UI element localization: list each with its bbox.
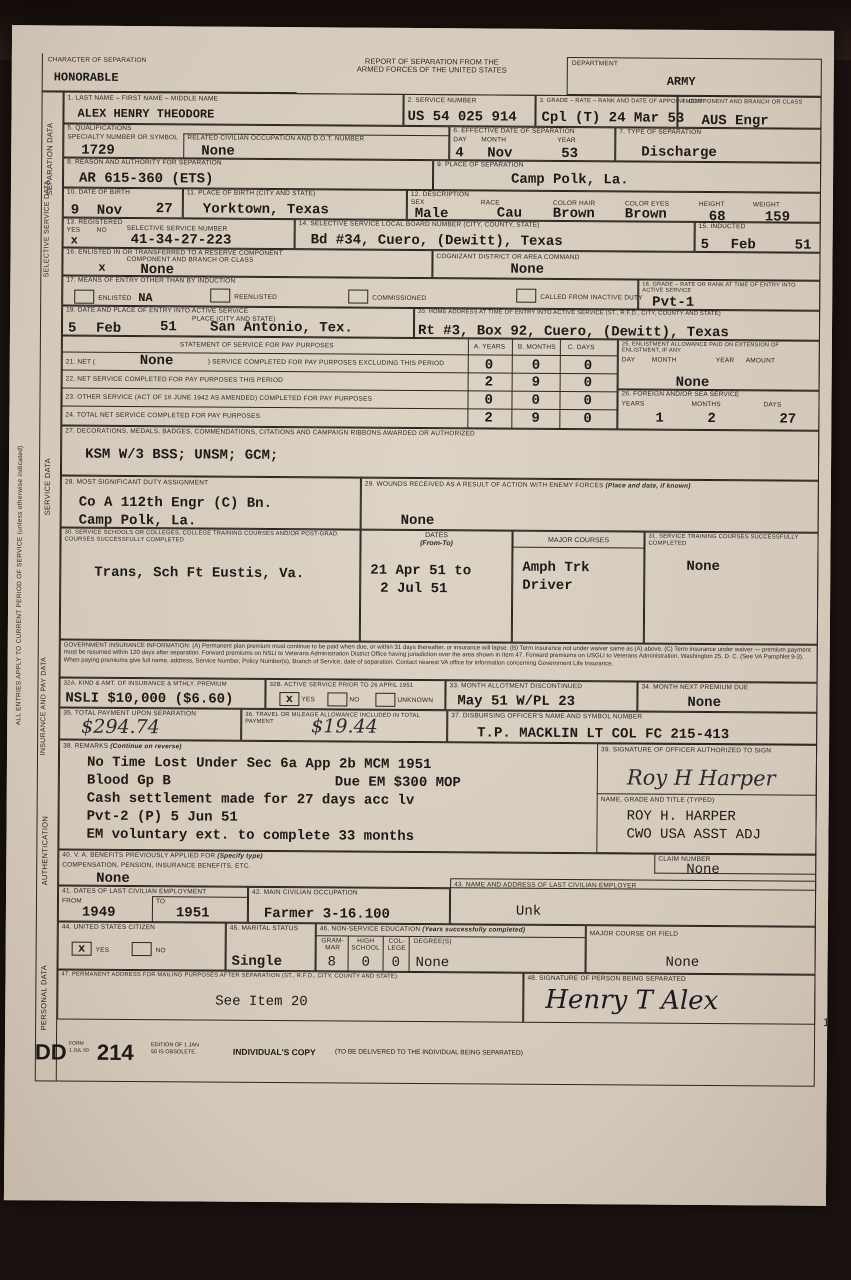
department-label: Department xyxy=(572,61,618,68)
grammar-value: 8 xyxy=(328,955,337,969)
called-inactive-label: Called from Inactive Duty xyxy=(540,295,643,302)
field-4-label: 4. Component and Branch or Class xyxy=(682,100,803,107)
footer-copy-label: INDIVIDUAL'S COPY xyxy=(233,1047,316,1058)
disbursing-officer-value: T.P. MACKLIN LT COL FC 215-413 xyxy=(477,726,729,742)
field-1-label: 1. Last Name – First Name – Middle Name xyxy=(68,96,219,104)
field-33-label: 33. Month Allotment Discontinued xyxy=(449,683,582,690)
component-value: AUS Engr xyxy=(701,114,768,128)
f25-month-label: Month xyxy=(652,358,677,365)
f25-day-label: Day xyxy=(622,357,636,364)
dates-sub: (From-To) xyxy=(360,539,512,548)
pay-statement-title: Statement of Service for Pay Purposes xyxy=(180,342,334,350)
department-value: ARMY xyxy=(667,76,696,88)
high-school-value: 0 xyxy=(362,956,371,970)
footer-dd: DD xyxy=(35,1039,67,1065)
field-15-label: 15. Inducted xyxy=(699,224,746,231)
citizen-yes-checkbox[interactable]: x xyxy=(72,942,92,956)
wounds-value: None xyxy=(401,514,435,528)
f38-label-text: 38. Remarks xyxy=(63,743,108,750)
school-value: Trans, Sch Ft Eustis, Va. xyxy=(94,566,304,581)
field-6-label: 6. Effective Date of Separation xyxy=(453,128,574,135)
cognizant-label: Cognizant District or Area Command xyxy=(436,254,579,261)
row-24-years: 2 xyxy=(484,411,493,425)
footer-form-number: 214 xyxy=(97,1040,134,1066)
sep-type-value: Discharge xyxy=(641,146,717,161)
f26-days-label: Days xyxy=(763,402,781,409)
f25-year-label: Year xyxy=(716,358,735,365)
next-premium-value: None xyxy=(687,696,721,710)
row-23-months: 0 xyxy=(531,394,540,408)
claim-number-value: None xyxy=(686,863,720,877)
entry-year: 51 xyxy=(160,320,177,334)
employment-to: 1951 xyxy=(176,906,210,920)
month-label: Month xyxy=(481,137,506,144)
called-inactive-checkbox[interactable] xyxy=(516,289,536,303)
civ-occ-label: Related Civilian Occupation and D.O.T. N… xyxy=(187,135,364,143)
remark-line-5: EM voluntary ext. to complete 33 months xyxy=(86,828,414,844)
row-22-months: 9 xyxy=(532,376,541,390)
duty-line-1: Co A 112th Engr (C) Bn. xyxy=(79,496,272,511)
remark-due: Due EM $300 MOP xyxy=(335,775,461,790)
enlisted-value: NA xyxy=(138,292,152,304)
name-grade-title-label: Name, Grade and Title (Typed) xyxy=(601,797,715,804)
side-insurance-pay: INSURANCE AND PAY DATA xyxy=(40,657,48,756)
character-value: HONORABLE xyxy=(54,71,119,83)
foreign-years: 1 xyxy=(655,412,664,426)
race-value: Cau xyxy=(497,207,522,221)
row-21-days: 0 xyxy=(584,359,593,373)
occupation-value: Farmer 3-16.100 xyxy=(264,907,390,922)
reserve-no-mark: x xyxy=(98,262,105,274)
entry-day: 5 xyxy=(68,322,77,336)
title-line-2: Armed Forces of the United States xyxy=(302,65,562,75)
insurance-value: NSLI $10,000 ($6.60) xyxy=(65,692,233,707)
citizen-yes-label: Yes xyxy=(96,948,110,955)
row-22-years: 2 xyxy=(485,375,494,389)
field-28-label: 28. Most Significant Duty Assignment xyxy=(65,480,208,488)
f26-years-label: Years xyxy=(621,401,644,408)
row-21-months: 0 xyxy=(532,359,541,373)
high-school-label: High School xyxy=(350,939,382,952)
f46-label-italic: (Years successfully completed) xyxy=(422,926,525,934)
sep-year-value: 53 xyxy=(561,147,578,161)
field-30-box xyxy=(60,527,361,641)
entry-month: Feb xyxy=(96,322,121,336)
dob-day: 9 xyxy=(71,204,80,218)
name-value: ALEX HENRY THEODORE xyxy=(77,108,214,121)
row-21-label: 21. Net ( xyxy=(66,360,96,367)
total-payment-value: $294.74 xyxy=(81,716,160,739)
place-of-separation-value: Camp Polk, La. xyxy=(511,173,629,188)
day-label: Day xyxy=(453,137,467,144)
field-30-label: 30. Service Schools or Colleges, College… xyxy=(64,530,354,545)
place-of-birth-value: Yorktown, Texas xyxy=(203,202,329,217)
height-label: Height xyxy=(699,202,725,209)
major-line-2: Driver xyxy=(522,579,573,593)
field-2-label: 2. Service Number xyxy=(408,98,477,105)
f25-amount-label: Amount xyxy=(746,358,775,365)
weight-label: Weight xyxy=(753,202,780,209)
row-23-days: 0 xyxy=(583,394,592,408)
f25-value: None xyxy=(676,376,710,390)
remark-line-4: Pvt-2 (P) 5 Jun 51 xyxy=(87,810,238,825)
employment-from: 1949 xyxy=(82,906,116,920)
sep-day-value: 4 xyxy=(455,146,464,160)
officer-signature: Roy H Harper xyxy=(627,765,776,790)
reenlisted-checkbox[interactable] xyxy=(210,289,230,303)
remark-line-1: No Time Lost Under Sec 6a App 2b MCM 195… xyxy=(87,756,432,772)
field-17-label: 17. Means of Entry Other Than by Inducti… xyxy=(66,278,235,286)
inducted-month: Feb xyxy=(731,238,756,252)
field-25-label: 25. Enlistment Allowance Paid on Extensi… xyxy=(622,341,817,355)
decorations-value: KSM W/3 BSS; UNSM; GCM; xyxy=(85,448,278,463)
field-31-box xyxy=(644,532,819,645)
enlisted-label: Enlisted xyxy=(98,296,131,303)
year-label: Year xyxy=(557,138,576,145)
field-39-label: 39. Signature of Officer Authorized to S… xyxy=(601,747,771,755)
field-43-label: 43. Name and Address of Last Civilian Em… xyxy=(454,882,637,890)
commissioned-label: Commissioned xyxy=(372,296,426,303)
grammar-label: Gram-mar xyxy=(320,938,346,951)
from-label: From xyxy=(62,899,82,906)
field-32a-label: 32A. Kind & Amt. of Insurance & Mthly. P… xyxy=(63,681,226,688)
member-signature: Henry T Alex xyxy=(545,985,718,1016)
commissioned-checkbox[interactable] xyxy=(348,289,368,303)
field-12-label: 12. Description xyxy=(411,192,469,199)
foreign-days: 27 xyxy=(779,413,796,427)
specialty-value: 1729 xyxy=(81,144,115,158)
employer-value: Unk xyxy=(516,905,541,919)
row-24-days: 0 xyxy=(583,412,592,426)
service-number-value: US 54 025 914 xyxy=(407,110,516,125)
major-field-label: Major Course or Field xyxy=(590,931,678,938)
f40-sub-label: Compensation, Pension, Insurance Benefit… xyxy=(62,863,250,871)
registered-no-label: No xyxy=(97,228,107,235)
cognizant-value: None xyxy=(510,263,544,277)
field-42-label: 42. Main Civilian Occupation xyxy=(252,890,358,897)
form-grid: Character of Separation HONORABLE Report… xyxy=(35,45,832,1090)
side-all-entries: ALL ENTRIES APPLY TO CURRENT PERIOD OF S… xyxy=(15,445,24,725)
remark-line-3: Cash settlement made for 27 days acc lv xyxy=(87,792,415,808)
side-personal-data: PERSONAL DATA xyxy=(39,965,48,1031)
dob-month: Nov xyxy=(97,204,122,218)
field-48-label: 48. Signature of Person Being Separated xyxy=(527,976,685,984)
row-23-years: 0 xyxy=(484,393,493,407)
travel-allowance-value: $19.44 xyxy=(311,715,378,737)
f29-label-text: 29. Wounds Received as a Result of Actio… xyxy=(365,481,604,490)
inducted-day: 5 xyxy=(701,238,710,252)
row-24-label: 24. Total net service completed for pay … xyxy=(65,413,260,421)
sep-month-value: Nov xyxy=(487,146,512,160)
f38-label-italic: (Continue on reverse) xyxy=(110,743,181,750)
field-18-label: 18. Grade – Rate or Rank at Time of Entr… xyxy=(642,282,817,296)
active-prior-yes-checkbox[interactable]: x xyxy=(279,692,299,706)
active-prior-no-checkbox[interactable] xyxy=(327,692,347,706)
dates-header: Dates (From-To) xyxy=(360,532,512,548)
citizen-no-checkbox[interactable] xyxy=(132,942,152,956)
active-prior-unknown-label: Unknown xyxy=(397,698,433,705)
f46-label-text: 46. Non-Service Education xyxy=(320,925,421,933)
civ-occ-value: None xyxy=(201,144,235,158)
row-21-inline: None xyxy=(140,354,174,368)
reason-value: AR 615-360 (ETS) xyxy=(79,172,214,187)
va-benefits-value: None xyxy=(96,872,130,886)
entry-place-value: San Antonio, Tex. xyxy=(210,321,353,336)
enlisted-checkbox[interactable] xyxy=(74,290,94,304)
field-11-label: 11. Place of Birth (City and State) xyxy=(187,190,316,197)
field-44-label: 44. United States Citizen xyxy=(62,925,155,932)
specialty-label: Specialty Number or Symbol xyxy=(67,135,178,142)
field-13-label: 13. Registered xyxy=(67,220,123,227)
form-title: Report of Separation from the Armed Forc… xyxy=(302,57,562,75)
footer-copy-note: (TO BE DELIVERED TO THE INDIVIDUAL BEING… xyxy=(335,1048,523,1056)
character-label: Character of Separation xyxy=(48,57,147,64)
field-9-label: 9. Place of Separation xyxy=(437,162,524,169)
field-40-label: 40. V. A. Benefits Previously Applied Fo… xyxy=(62,853,262,861)
side-service-data: SERVICE DATA xyxy=(43,458,52,515)
eyes-value: Brown xyxy=(625,207,667,221)
row-24-months: 9 xyxy=(531,412,540,426)
active-prior-yes-label: Yes xyxy=(301,697,315,704)
active-prior-no-label: No xyxy=(349,698,359,705)
reenlisted-label: Reenlisted xyxy=(234,295,277,302)
f26-months-label: Months xyxy=(691,402,720,409)
college-label: Col-lege xyxy=(386,939,408,952)
entry-grade-value: Pvt-1 xyxy=(652,296,694,310)
dates-line-2: 2 Jul 51 xyxy=(380,582,447,596)
major-field-value: None xyxy=(666,956,700,970)
field-7-label: 7. Type of Separation xyxy=(619,129,701,136)
inducted-year: 51 xyxy=(795,239,812,253)
officer-title: CWO USA ASST ADJ xyxy=(626,827,761,842)
officer-name: ROY H. HARPER xyxy=(627,809,736,824)
f40-label-text: 40. V. A. Benefits Previously Applied Fo… xyxy=(62,852,215,860)
row-21-years: 0 xyxy=(485,358,494,372)
f40-label-italic: (Specify type) xyxy=(217,853,262,860)
mailing-address-value: See Item 20 xyxy=(215,995,308,1010)
registered-yes-mark: x xyxy=(71,235,78,247)
field-32b-label: 32B. Active Service Prior to 26 April 19… xyxy=(269,682,413,689)
field-26-label: 26. Foreign and/or Sea Service xyxy=(622,391,740,398)
major-courses-label: Major Courses xyxy=(512,537,644,546)
field-45-label: 45. Marital Status xyxy=(230,926,298,933)
dates-line-1: 21 Apr 51 to xyxy=(370,564,471,579)
f29-label-italic: (Place and date, if known) xyxy=(606,482,691,490)
field-37-label: 37. Disbursing Officer's Name and Symbol… xyxy=(451,713,642,721)
page-number: 1 xyxy=(823,1017,829,1029)
to-label: To xyxy=(156,899,165,906)
citizen-no-label: No xyxy=(156,948,166,955)
field-38-label: 38. Remarks (Continue on reverse) xyxy=(63,744,182,751)
dob-year: 27 xyxy=(156,202,173,216)
marital-status-value: Single xyxy=(232,955,283,969)
dd214-document: Character of Separation HONORABLE Report… xyxy=(4,25,834,1206)
field-31-label: 31. Service Training Courses Successfull… xyxy=(648,534,816,548)
duty-line-2: Camp Polk, La. xyxy=(79,514,197,529)
college-value: 0 xyxy=(392,956,401,970)
footer-form-date: 1 JUL 50 xyxy=(69,1048,89,1055)
field-8-label: 8. Reason and Authority for Separation xyxy=(67,160,222,168)
allotment-value: May 51 W/PL 23 xyxy=(457,694,575,709)
major-line-1: Amph Trk xyxy=(522,561,589,575)
grade-value: Cpl (T) 24 Mar 53 xyxy=(541,111,684,126)
training-value: None xyxy=(686,560,720,574)
field-41-label: 41. Dates of Last Civilian Employment xyxy=(62,889,206,897)
footer-edition: EDITION OF 1 JAN 50 IS OBSOLETE. xyxy=(151,1042,199,1056)
side-selective-service: SELECTIVE SERVICE DATA xyxy=(43,180,51,277)
footer-edition-2: 50 IS OBSOLETE. xyxy=(151,1049,199,1056)
hair-value: Brown xyxy=(553,207,595,221)
foreign-months: 2 xyxy=(707,412,716,426)
ssn-value: 41-34-27-223 xyxy=(131,233,232,248)
local-board-value: Bd #34, Cuero, (Dewitt), Texas xyxy=(311,233,563,249)
side-authentication: AUTHENTICATION xyxy=(40,816,49,886)
active-prior-unknown-checkbox[interactable] xyxy=(375,693,395,707)
remark-line-2: Blood Gp B xyxy=(87,774,171,789)
field-5-label: 5. Qualifications xyxy=(67,126,131,133)
row-22-days: 0 xyxy=(584,376,593,390)
field-10-label: 10. Date of Birth xyxy=(67,190,130,197)
field-34-label: 34. Month Next Premium Due xyxy=(641,685,748,692)
footer-form-small: FORM 1 JUL 50 xyxy=(69,1041,89,1055)
degrees-value: None xyxy=(416,956,450,970)
field-19-label: 19. Date and Place of Entry into Active … xyxy=(66,308,248,316)
degrees-label: Degree(s) xyxy=(414,939,452,946)
